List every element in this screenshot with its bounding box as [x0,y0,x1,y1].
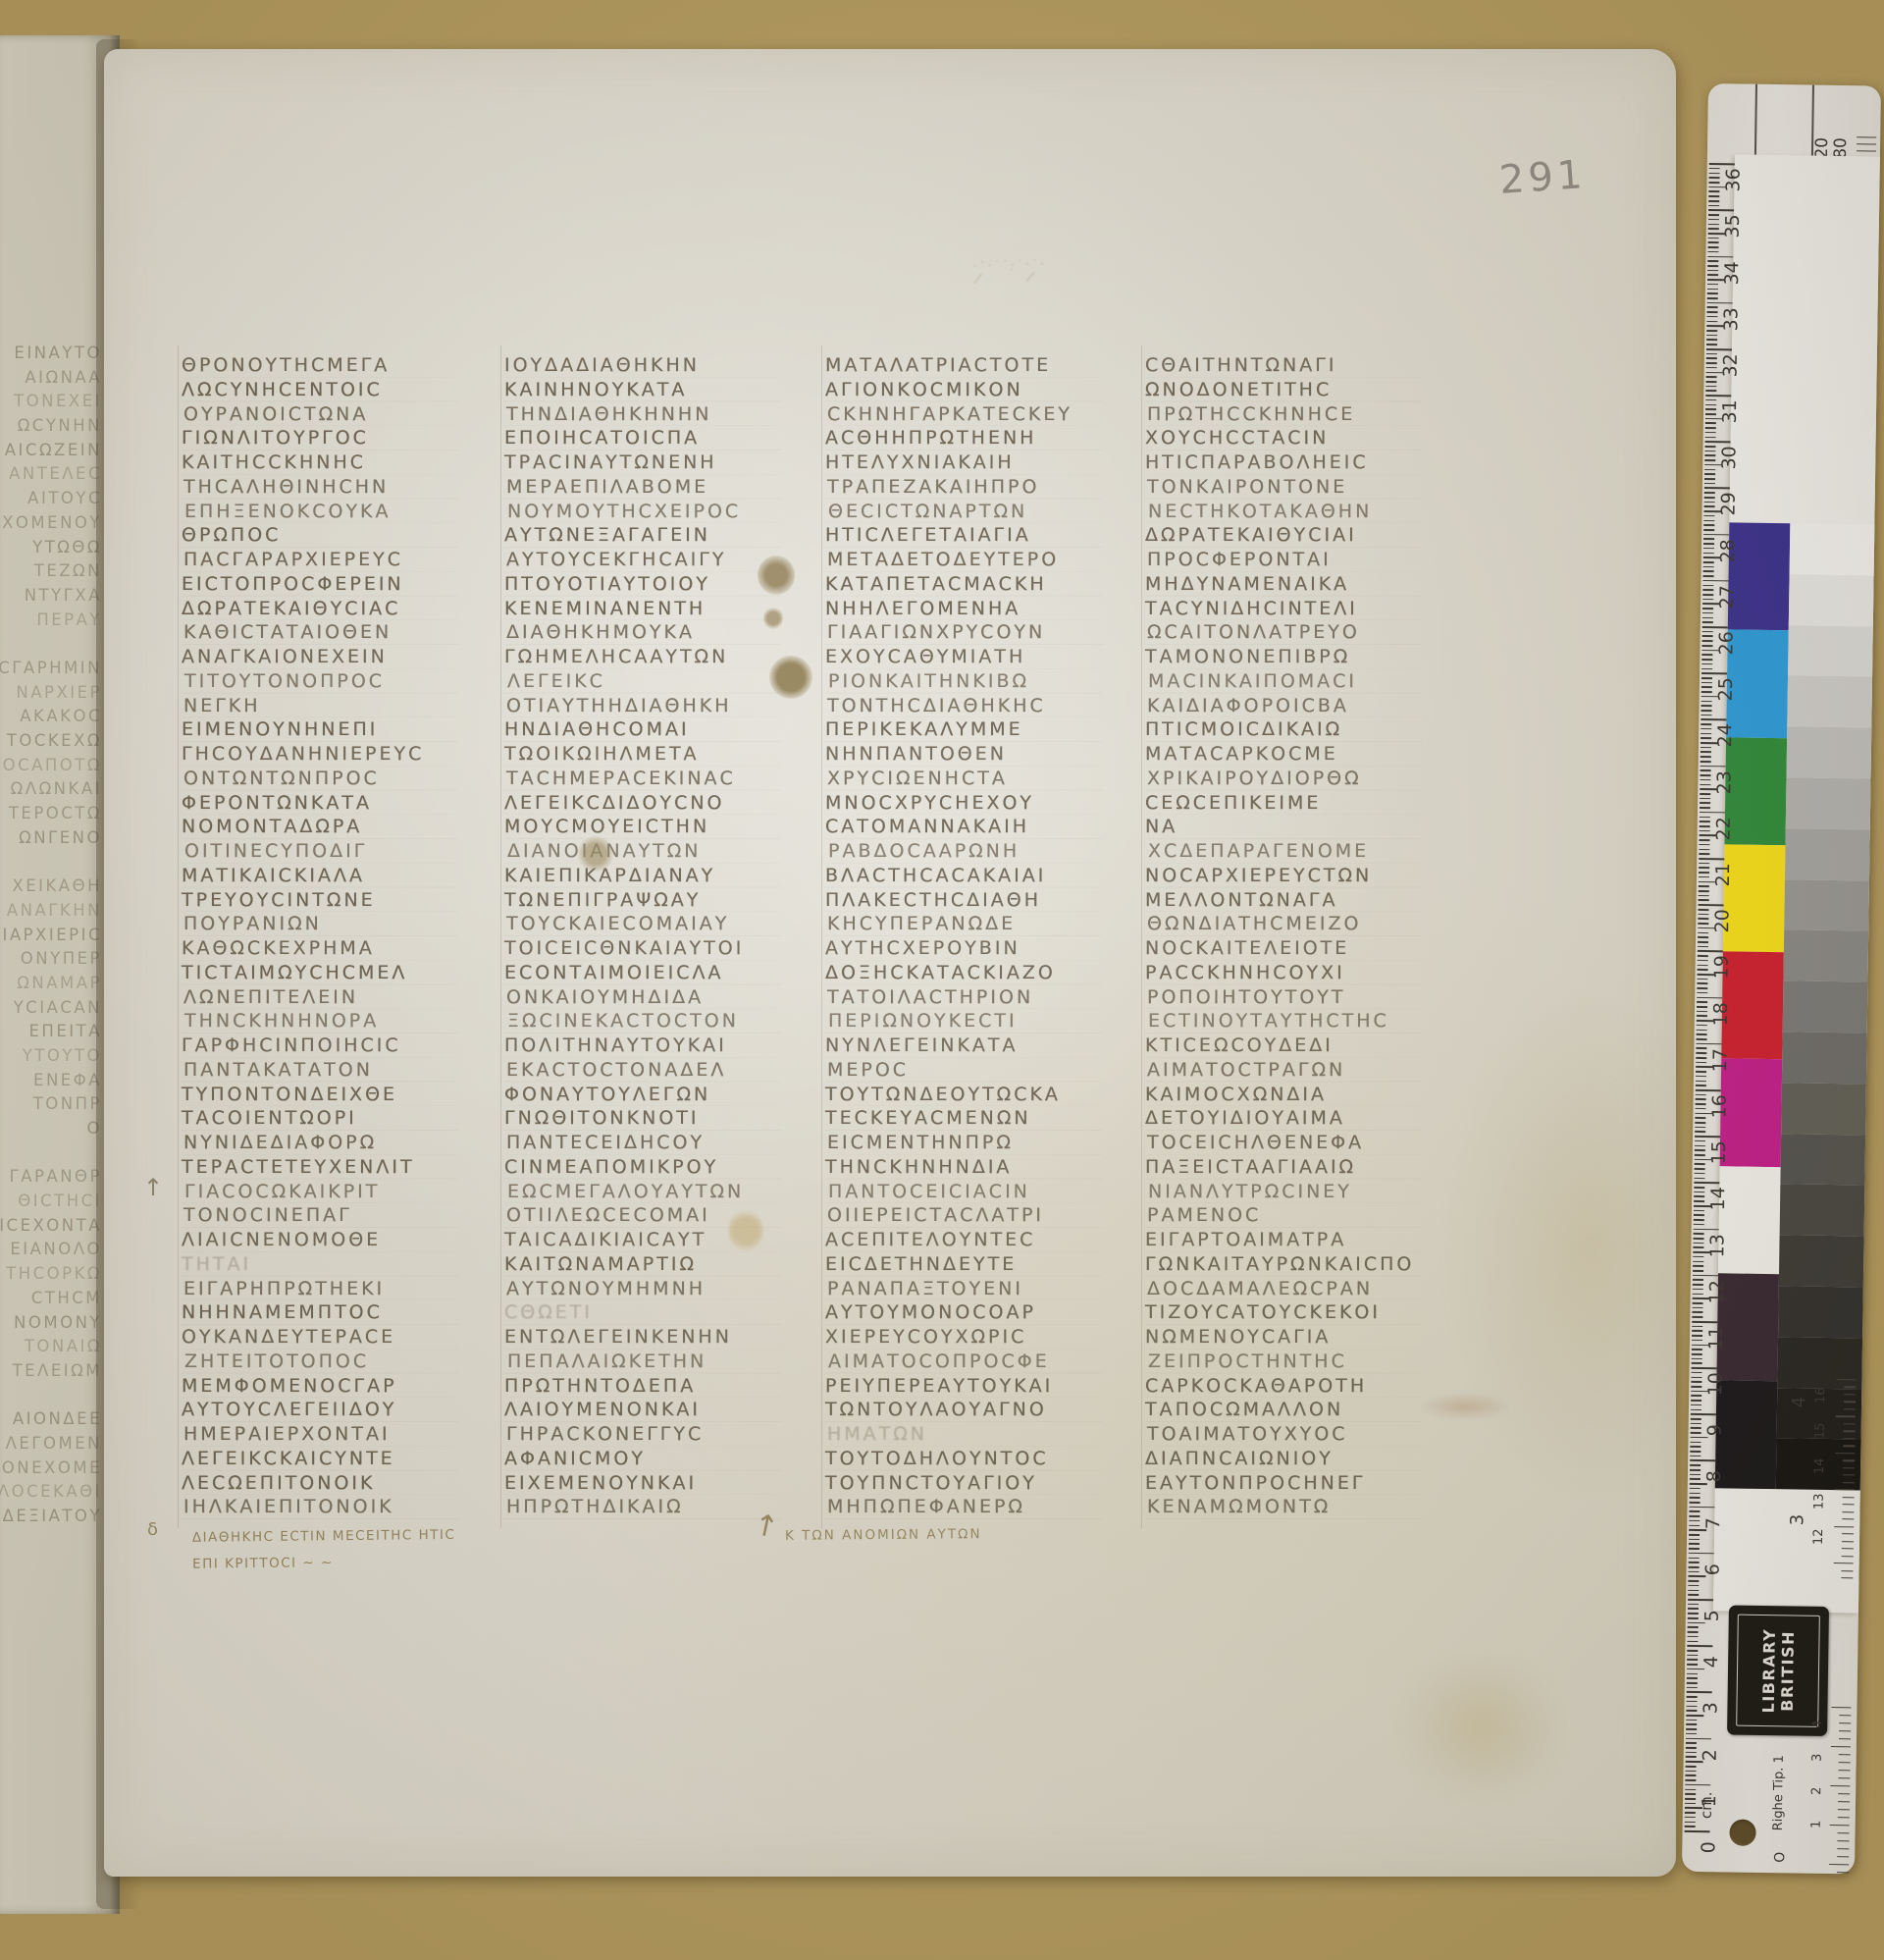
inner-scale-number: 3 [1810,1747,1830,1769]
text-line: ΤΑΙϹΑΔΙΚΙΑΙϹΑΥΤ [504,1228,781,1252]
mm-tick [1688,1613,1699,1615]
mm-tick [1689,1557,1700,1559]
mm-tick [1692,1358,1702,1360]
mm-tick [1700,798,1710,800]
mm-tick [1701,751,1711,753]
cm-tick [1701,718,1726,720]
mm-tick [1707,265,1718,267]
cm-tick [1686,1737,1711,1739]
ruler-cm-number: 11 [1704,1325,1728,1351]
previous-folio-fragment: ΧΕΙΚΑΘΗ [0,874,102,899]
mm-tick [1687,1664,1698,1666]
cm-tick [1706,348,1732,350]
ruler-cm-number: 29 [1716,492,1740,517]
mm-tick [1687,1655,1698,1657]
text-line: ΡΕΙΥΠΕΡΕΑΥΤΟΥΚΑΙ [825,1374,1102,1399]
cm-tick [1687,1645,1712,1647]
previous-folio-fragment: ΥΤΩΘΩ [0,536,102,560]
mm-tick [1701,663,1712,665]
inner-scale-number: 4 [1810,1714,1830,1735]
mm-tick [1706,344,1717,345]
text-line: ΕϹΟΝΤΑΙΜΟΙΕΙϹΛΑ [504,961,781,985]
mm-tick [1706,367,1717,369]
ruler-cm-number: 27 [1715,584,1739,609]
mm-tick [1691,1408,1701,1410]
ruler-cm-number: 12 [1705,1279,1729,1304]
mm-tick [1686,1705,1697,1707]
grayscale-step [1783,930,1868,982]
mm-tick [1703,570,1714,572]
previous-folio-fragment: ΔΕΞΙΑΤΟΥ [0,1505,102,1529]
mm-tick [1707,251,1718,253]
mm-tick [1691,1432,1701,1434]
mm-tick [1702,612,1713,614]
mm-tick [1688,1608,1699,1610]
mm-tick [1690,1446,1701,1448]
text-line: ΝΟϹΚΑΙΤΕΛΕΙΟΤΕ [1145,936,1422,961]
ruler-cm-number: 20 [1710,908,1734,933]
mm-tick [1697,1015,1707,1017]
mm-tick [1698,960,1708,962]
cm-tick [1701,672,1727,674]
previous-folio-fragment: ΑΚΑΚΟϹ [0,705,102,729]
mm-tick [1701,747,1711,749]
grayscale-step [1780,1134,1865,1186]
mm-tick [1703,538,1714,540]
cm-tick [1699,858,1724,860]
previous-folio-fragment: ΩΝΑΜΑΡ [0,972,102,996]
text-line: ΝΟΥΜΟΥΤΗϹΧΕΙΡΟϹ [504,500,781,524]
text-line: ΜΑϹΙΝΚΑΙΠΟΜΑϹΙ [1145,669,1422,694]
mm-tick [1690,1492,1701,1494]
text-line: ΟΥΚΑΝΔΕΥΤΕΡΑϹΕ [182,1325,458,1350]
cm-tick [1685,1784,1710,1786]
mm-tick [1685,1798,1696,1800]
ruling-line [178,345,179,1528]
correction-note-1-line2: ΕΠΙ ΚΡΙΤΤΟϹΙ ~ ~ [192,1548,516,1577]
text-line: ΚΕΝΕΜΙΝΑΝΕΝΤΗ [504,597,781,621]
mm-tick [1692,1349,1702,1351]
text-line: ΤΩΝΕΠΙΓΡΑΨΩΑΥ [504,888,781,913]
mm-tick [1701,677,1712,679]
text-line: ΙΟΥΔΑΔΙΑΘΗΚΗΝ [504,353,781,378]
ruler-cm-number: 14 [1706,1186,1730,1211]
text-line: ΤΟΙϹΕΙϹΘΝΚΑΙΑΥΤΟΙ [504,936,781,961]
ruler-cm-number: 0 [1697,1834,1720,1860]
mm-tick [1687,1682,1698,1684]
inner-scale-number: 1 [1809,1814,1829,1835]
text-line: ΤΟΥΠΝϹΤΟΥΑΓΙΟΥ [825,1471,1102,1496]
text-line: ΓΗΡΑϹΚΟΝΕΓΓΥϹ [504,1422,781,1447]
mm-tick [1697,982,1707,984]
previous-folio-fragment: ΑΝΤΕΛΕϹ [0,462,102,487]
text-line: ΖΗΤΕΙΤΟΤΟΠΟϹ [182,1350,458,1374]
mm-tick [1694,1238,1704,1240]
mm-tick [1694,1195,1704,1197]
text-line: ΠΕΡΙΚΕΚΑΛΥΜΜΕ [825,717,1102,742]
text-line: ΠΕΠΑΛΑΙΩΚΕΤΗΝ [504,1350,781,1374]
mm-tick [1704,497,1715,499]
mm-tick [1692,1353,1702,1355]
mm-tick [1701,691,1712,693]
mm-tick [1690,1497,1701,1499]
previous-folio-fragment: ΝΑΡΧΙΕΡ [0,681,102,706]
ruler-cm-number: 24 [1713,723,1737,749]
cm-tick [1709,163,1735,165]
mm-tick [1690,1473,1701,1475]
mm-tick [1703,553,1714,555]
mm-tick [1688,1631,1699,1633]
ruler-cm-label: cm. [1698,1790,1721,1820]
mm-tick [1685,1788,1696,1790]
mm-tick [1695,1154,1705,1156]
text-line: ΗΝΔΙΑΘΗϹΟΜΑΙ [504,717,781,742]
inner-scale-big-number: 3 [1787,1508,1810,1531]
mm-tick [1705,432,1716,434]
text-line: ΠΑϹΓΑΡΑΡΧΙΕΡΕΥϹ [182,548,458,572]
text-line: ΛΩϹΥΝΗϹΕΝΤΟΙϹ [182,378,458,402]
text-line: ΡΑΝΑΠΑΞΤΟΥΕΝΙ [825,1277,1102,1301]
mm-tick [1688,1589,1699,1591]
mm-tick [1692,1340,1702,1342]
text-line: ΜΟΥϹΜΟΥΕΙϹΤΗΝ [504,815,781,839]
mm-tick [1694,1178,1704,1180]
mm-tick [1702,585,1713,587]
text-line: ΝΑ [1145,815,1422,839]
mm-tick [1690,1469,1701,1471]
mm-tick [1703,548,1714,550]
mm-tick [1700,779,1710,781]
cm-tick [1702,626,1728,628]
mm-tick [1692,1372,1702,1374]
mm-tick [1701,761,1711,763]
mm-tick [1687,1696,1698,1698]
mm-tick [1707,297,1718,299]
mm-tick [1689,1548,1700,1550]
mm-tick [1703,524,1714,526]
mm-tick [1704,454,1715,456]
mm-tick [1708,219,1719,221]
mm-tick [1699,844,1709,846]
text-line: ΑΙΜΑΤΟϹΟΠΡΟϹΦΕ [825,1350,1102,1374]
cm-tick [1698,950,1723,952]
mm-tick [1692,1307,1702,1309]
text-line: ΡΟΠΟΙΗΤΟΥΤΟΥΤ [1145,985,1422,1010]
mm-tick [1704,450,1715,452]
text-line: ΑΥΤΟΥϹΕΚΓΗϹΑΙΓΥ [504,548,781,572]
mm-tick [1695,1117,1705,1119]
text-line: ΛΕΓΕΙΚϹΔΙΔΟΥϹΝΟ [504,791,781,816]
cm-tick [1694,1182,1719,1184]
previous-folio-fragment: ΘΙϹΤΗϹΙ [0,1190,102,1214]
text-line: ΓΙΑΑΓΙΩΝΧΡΥϹΟΥΝ [825,620,1102,645]
text-line: ΡΑΒΔΟϹΑΑΡΩΝΗ [825,839,1102,864]
text-line: ΑΥΤΟΥϹΛΕΓΕΙΙΔΟΥ [182,1398,458,1422]
text-line: ϹΚΗΝΗΓΑΡΚΑΤΕϹΚΕΥ [825,402,1102,427]
text-line: ΕΙϹΤΟΠΡΟϹΦΕΡΕΙΝ [182,572,458,597]
mm-tick [1687,1640,1698,1642]
text-line: ΟΤΙΙΛΕΩϹΕϹΟΜΑΙ [504,1203,781,1228]
mm-tick [1708,228,1719,230]
previous-folio-fragment: ΕΙΝΑΥΤΟ [0,342,102,366]
text-line: ΚΑΙΤΩΝΑΜΑΡΤΙΩ [504,1252,781,1277]
previous-folio-fragment: ΤΟΝΑΙΩ [0,1335,102,1359]
text-line: ΔΩΡΑΤΕΚΑΙΘΥϹΙΑΙ [1145,523,1422,548]
text-line: ΓΑΡΦΗϹΙΝΠΟΙΗϹΙϹ [182,1033,458,1058]
text-column-3: ΜΑΤΑΛΑΤΡΙΑϹΤΟΤΕΑΓΙΟΝΚΟϹΜΙΚΟΝϹΚΗΝΗΓΑΡΚΑΤΕ… [825,353,1102,1519]
text-line: ΤΥΠΟΝΤΟΝΔΕΙΧΘΕ [182,1083,458,1107]
ruler-cm-number: 7 [1701,1510,1725,1536]
previous-folio-fragment: ΩΝΓΕΝΟ [0,826,102,851]
mm-tick [1685,1817,1696,1819]
text-line: ΜΗΠΩΠΕΦΑΝΕΡΩ [825,1495,1102,1519]
mm-tick [1688,1585,1699,1587]
text-line: ΤΗϹΑΛΗΘΙΝΗϹΗΝ [182,475,458,500]
text-line: ΔΙΑΘΗΚΗΜΟΥΚΑ [504,620,781,645]
previous-folio-fragment: ΟΙΑΡΧΙΕΡΙϹ [0,924,102,948]
ruler-cm-number: 25 [1714,676,1738,702]
mm-tick [1698,914,1708,916]
text-line: ΝΟΜΟΝΤΑΔΩΡΑ [182,815,458,839]
mm-tick [1700,793,1710,795]
mm-tick [1691,1395,1701,1397]
text-line: ΜΕΡΑΕΠΙΛΑΒΟΜΕ [504,475,781,500]
text-line: ΧϹΔΕΠΑΡΑΓΕΝΟΜΕ [1145,839,1422,864]
mm-tick [1705,413,1716,415]
mm-tick [1688,1636,1699,1638]
mm-tick [1689,1543,1700,1545]
ruler-cm-number: 33 [1719,306,1743,332]
grayscale-step [1784,879,1869,931]
text-line: ΦΟΝΑΥΤΟΥΛΕΓΩΝ [504,1083,781,1107]
text-line: ΧΡΥϹΙΩΕΝΗϹΤΑ [825,767,1102,791]
mm-tick [1700,825,1710,827]
mm-tick [1692,1362,1702,1364]
text-line: ΓΝΩΘΙΤΟΝΚΝΟΤΙ [504,1106,781,1131]
mm-tick [1690,1502,1701,1504]
text-line: ΙΗΛΚΑΙΕΠΙΤΟΝΟΙΚ [182,1495,458,1519]
mm-tick [1696,1103,1706,1105]
mm-tick [1689,1510,1700,1512]
previous-folio-fragment: ΓΑΡΑΝΘΡ [0,1165,102,1190]
mm-tick [1705,408,1716,410]
text-line: ΟΝΚΑΙΟΥΜΗΔΙΔΑ [504,985,781,1010]
previous-folio-text: ΕΙΝΑΥΤΟΑΙΩΝΑΑΤΟΝΕΧΕΙΩϹΥΝΗΝΑΙϹΩΖΕΙΝΑΝΤΕΛΕ… [0,342,102,1529]
mm-tick [1701,723,1711,725]
text-line: ΤΩΝΤΟΥΛΑΟΥΑΓΝΟ [825,1398,1102,1422]
mm-tick [1685,1770,1696,1772]
text-line: ΕΧΟΥϹΑΘΥΜΙΑΤΗ [825,645,1102,669]
text-line: ΤΙϹΤΑΙΜΩΥϹΗϹΜΕΛ [182,961,458,985]
grayscale-step [1780,1185,1865,1237]
british-library-text: LIBRARY BRITISH [1758,1628,1797,1714]
previous-folio-fragment: ΩΛΩΝΚΑΙ [0,777,102,802]
mm-tick [1695,1108,1705,1110]
inner-scale-number: 15 [1812,1420,1832,1442]
ruler-cm-number: 22 [1712,816,1736,841]
ruler-cm-number: 21 [1711,862,1735,887]
mm-tick [1685,1826,1696,1828]
mm-tick [1693,1265,1703,1267]
mm-tick [1701,667,1712,669]
mm-tick [1685,1779,1696,1781]
text-line: ΕΩϹΜΕΓΑΛΟΥΑΥΤΩΝ [504,1180,781,1204]
mm-tick [1691,1418,1701,1420]
mm-tick [1695,1140,1705,1142]
mm-tick [1688,1617,1699,1619]
grayscale-step [1790,523,1875,575]
mm-tick [1704,478,1715,480]
mm-tick [1692,1335,1702,1337]
mm-tick [1708,190,1719,192]
mm-tick [1693,1293,1703,1295]
mm-tick [1694,1192,1704,1193]
inner-scale-lower-labels: 4321 [1708,83,1881,86]
mm-tick [1701,701,1712,703]
mm-tick [1689,1515,1700,1517]
ruler-cm-number: 5 [1701,1603,1724,1628]
ruler-cm-number: 16 [1707,1093,1731,1119]
mm-tick [1693,1256,1703,1258]
previous-folio-fragment: ΠΕΡΑΥ [0,609,102,633]
mm-tick [1695,1131,1705,1133]
mm-tick [1697,1033,1707,1035]
text-line: ΘΩΝΔΙΑΤΗϹΜΕΙΖΟ [1145,912,1422,936]
cm-tick [1689,1553,1714,1555]
text-line: ΕΠΟΙΗϹΑΤΟΙϹΠΑ [504,426,781,450]
mm-tick [1707,311,1718,313]
inner-scale-number: 14 [1812,1456,1832,1477]
ruling-line [821,345,822,1528]
text-line: ΚΑΙΝΗΝΟΥΚΑΤΑ [504,378,781,402]
text-line: ΤΟΥΤΩΝΔΕΟΥΤΩϹΚΑ [825,1083,1102,1107]
mm-tick [1699,876,1709,878]
mm-tick [1697,1001,1707,1003]
text-line: ΝΥΝΙΔΕΔΙΑΦΟΡΩ [182,1131,458,1155]
cm-tick [1700,812,1725,814]
previous-folio-fragment: ΤΕΛΕΙΩΜ [0,1359,102,1384]
ruler-cm-number: 6 [1701,1557,1724,1582]
manuscript-photo: ΕΙΝΑΥΤΟΑΙΩΝΑΑΤΟΝΕΧΕΙΩϹΥΝΗΝΑΙϹΩΖΕΙΝΑΝΤΕΛΕ… [0,0,1884,1960]
mm-tick [1705,437,1716,439]
text-line: ΑΦΑΝΙϹΜΟΥ [504,1447,781,1471]
grayscale-step [1781,1083,1866,1135]
mm-tick [1704,492,1715,494]
mm-tick [1700,807,1710,809]
previous-folio-fragment: ΤΟΝΠΡ [0,1092,102,1117]
text-line: ΒΛΑϹΤΗϹΑϹΑΚΑΙΑΙ [825,864,1102,888]
mm-tick [1693,1284,1703,1286]
mm-tick [1696,1052,1706,1054]
mm-tick [1706,339,1717,341]
mm-tick [1700,839,1710,841]
mm-tick [1702,594,1713,596]
mm-tick [1694,1219,1704,1221]
mm-tick [1700,830,1710,832]
previous-folio-fragment: ΤΟϹΚΕΧΩ [0,729,102,754]
mm-tick [1703,575,1714,577]
mm-tick [1691,1427,1701,1429]
previous-folio-fragment: ΑΙΩΝΑΑ [0,366,102,391]
folio-number: 291 [1498,152,1588,203]
mm-tick [1704,459,1715,461]
mm-tick [1700,821,1710,822]
cm-tick [1687,1691,1712,1693]
ruling-line [1141,345,1142,1528]
mm-tick [1702,621,1713,623]
text-line: ΤΑΜΟΝΟΝΕΠΙΒΡΩ [1145,645,1422,669]
mm-tick [1698,941,1708,943]
cm-tick [1688,1599,1713,1601]
ruler-cm-number: 28 [1716,538,1740,563]
mm-tick [1697,1006,1707,1008]
cm-tick [1702,580,1728,582]
cm-tick [1694,1228,1719,1230]
text-line: ΛΙΑΙϹΝΕΝΟΜΟΘΕ [182,1228,458,1252]
mm-tick [1699,872,1709,874]
grayscale-step [1783,980,1868,1033]
grayscale-step [1787,676,1872,728]
mm-tick [1693,1260,1703,1262]
text-line: ΝΗΝΠΑΝΤΟΘΕΝ [825,742,1102,767]
mm-tick [1685,1803,1696,1805]
ruling-line [500,345,501,1528]
mm-tick [1706,335,1717,337]
mm-tick [1695,1127,1705,1129]
cm-tick [1690,1459,1715,1461]
previous-folio-fragment: ΤΗϹΟΡΚΩ [0,1262,102,1287]
text-line: ΠΟΥΡΑΝΙΩΝ [182,912,458,936]
text-line: ΝΙΑΝΛΥΤΡΩϹΙΝΕΥ [1145,1180,1422,1204]
mm-tick [1700,783,1710,785]
text-line: ΘΡΩΠΟϹ [182,523,458,548]
text-line: ΖΕΙΠΡΟϹΤΗΝΤΗϹ [1145,1350,1422,1374]
mm-tick [1694,1187,1704,1189]
mm-tick [1706,353,1717,355]
ruler-cm-number: 32 [1719,352,1743,378]
mm-tick [1688,1626,1699,1628]
correction-note-2: Κ ΤΩΝ ΑΝΟΜΙΩΝ ΑΥΤΩΝ [785,1526,982,1544]
text-line: ΑΙΜΑΤΟϹΤΡΑΓΩΝ [1145,1058,1422,1083]
ruler-cm-number: 8 [1702,1464,1726,1490]
mm-tick [1707,270,1718,272]
inner-scale-lower-ticks [1829,1707,1852,1880]
text-line: ΕΚΑϹΤΟϹΤΟΝΑΔΕΛ [504,1058,781,1083]
mm-tick [1702,631,1713,633]
mm-tick [1705,427,1716,429]
previous-folio-fragment: ϹΓΑΡΗΜΙΝ [0,657,102,681]
mm-tick [1685,1821,1696,1823]
cm-tick [1685,1830,1710,1832]
text-line: ΤΑϹΗΜΕΡΑϹΕΚΙΝΑϹ [504,767,781,791]
text-line: ΝΥΝΛΕΓΕΙΝΚΑΤΑ [825,1033,1102,1058]
mm-tick [1695,1149,1705,1151]
mm-tick [1695,1163,1705,1165]
grayscale-step [1778,1286,1863,1338]
mm-tick [1708,214,1719,216]
text-line: ΕΑΥΤΟΝΠΡΟϹΗΝΕΓ [1145,1471,1422,1496]
mm-tick [1702,589,1713,591]
text-line: ΑΓΙΟΝΚΟϹΜΙΚΟΝ [825,378,1102,402]
grayscale-step [1779,1235,1864,1287]
mm-tick [1704,502,1715,503]
mm-tick [1701,769,1711,771]
mm-tick [1688,1604,1699,1606]
text-line: ΚΑΙΤΗϹϹΚΗΝΗϹ [182,450,458,475]
cm-tick [1692,1321,1717,1323]
mm-tick [1706,362,1717,364]
mm-tick [1701,774,1711,776]
